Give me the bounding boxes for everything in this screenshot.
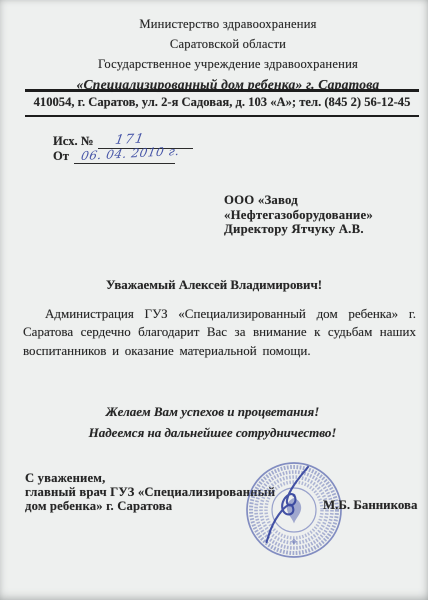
outgoing-number-label: Исх. № [53, 134, 93, 149]
org-address-phone: 410054, г. Саратов, ул. 2-я Садовая, д. … [25, 95, 419, 110]
date-row: От06. 04. 2010 г. [53, 149, 193, 164]
date-blank-line: 06. 04. 2010 г. [74, 149, 175, 164]
recipient-line-2: «Нефтегазоборудование» [224, 208, 373, 223]
recipient-line-1: ООО «Завод [224, 193, 373, 208]
seal-bottom-marker [291, 539, 297, 545]
letterhead: Министерство здравоохранения Саратовской… [30, 14, 426, 95]
org-name-line-2: Саратовской области [30, 34, 426, 54]
salutation: Уважаемый Алексей Владимирович! [0, 278, 428, 293]
wish-line-2: Надеемся на дальнейшее сотрудничество! [0, 423, 425, 444]
letterhead-divider-top [25, 89, 419, 92]
scanned-letter-page: Министерство здравоохранения Саратовской… [0, 0, 428, 600]
org-name-line-3: Государственное учреждение здравоохранен… [30, 54, 426, 74]
org-name-line-1: Министерство здравоохранения [30, 14, 426, 34]
date-label: От [53, 149, 69, 164]
recipient-block: ООО «Завод «Нефтегазоборудование» Директ… [224, 193, 373, 237]
signer-name: М.Б. Банникова [323, 498, 417, 513]
wish-line-1: Желаем Вам успехов и процветания! [0, 402, 425, 423]
recipient-line-3: Директору Ятчуку А.В. [224, 222, 373, 237]
letterhead-divider-bottom [25, 115, 419, 117]
reference-block: Исх. №171 От06. 04. 2010 г. [53, 134, 193, 164]
closing-wishes: Желаем Вам успехов и процветания! Надеем… [0, 402, 425, 443]
body-paragraph: Администрация ГУЗ «Специализированный до… [23, 305, 416, 360]
